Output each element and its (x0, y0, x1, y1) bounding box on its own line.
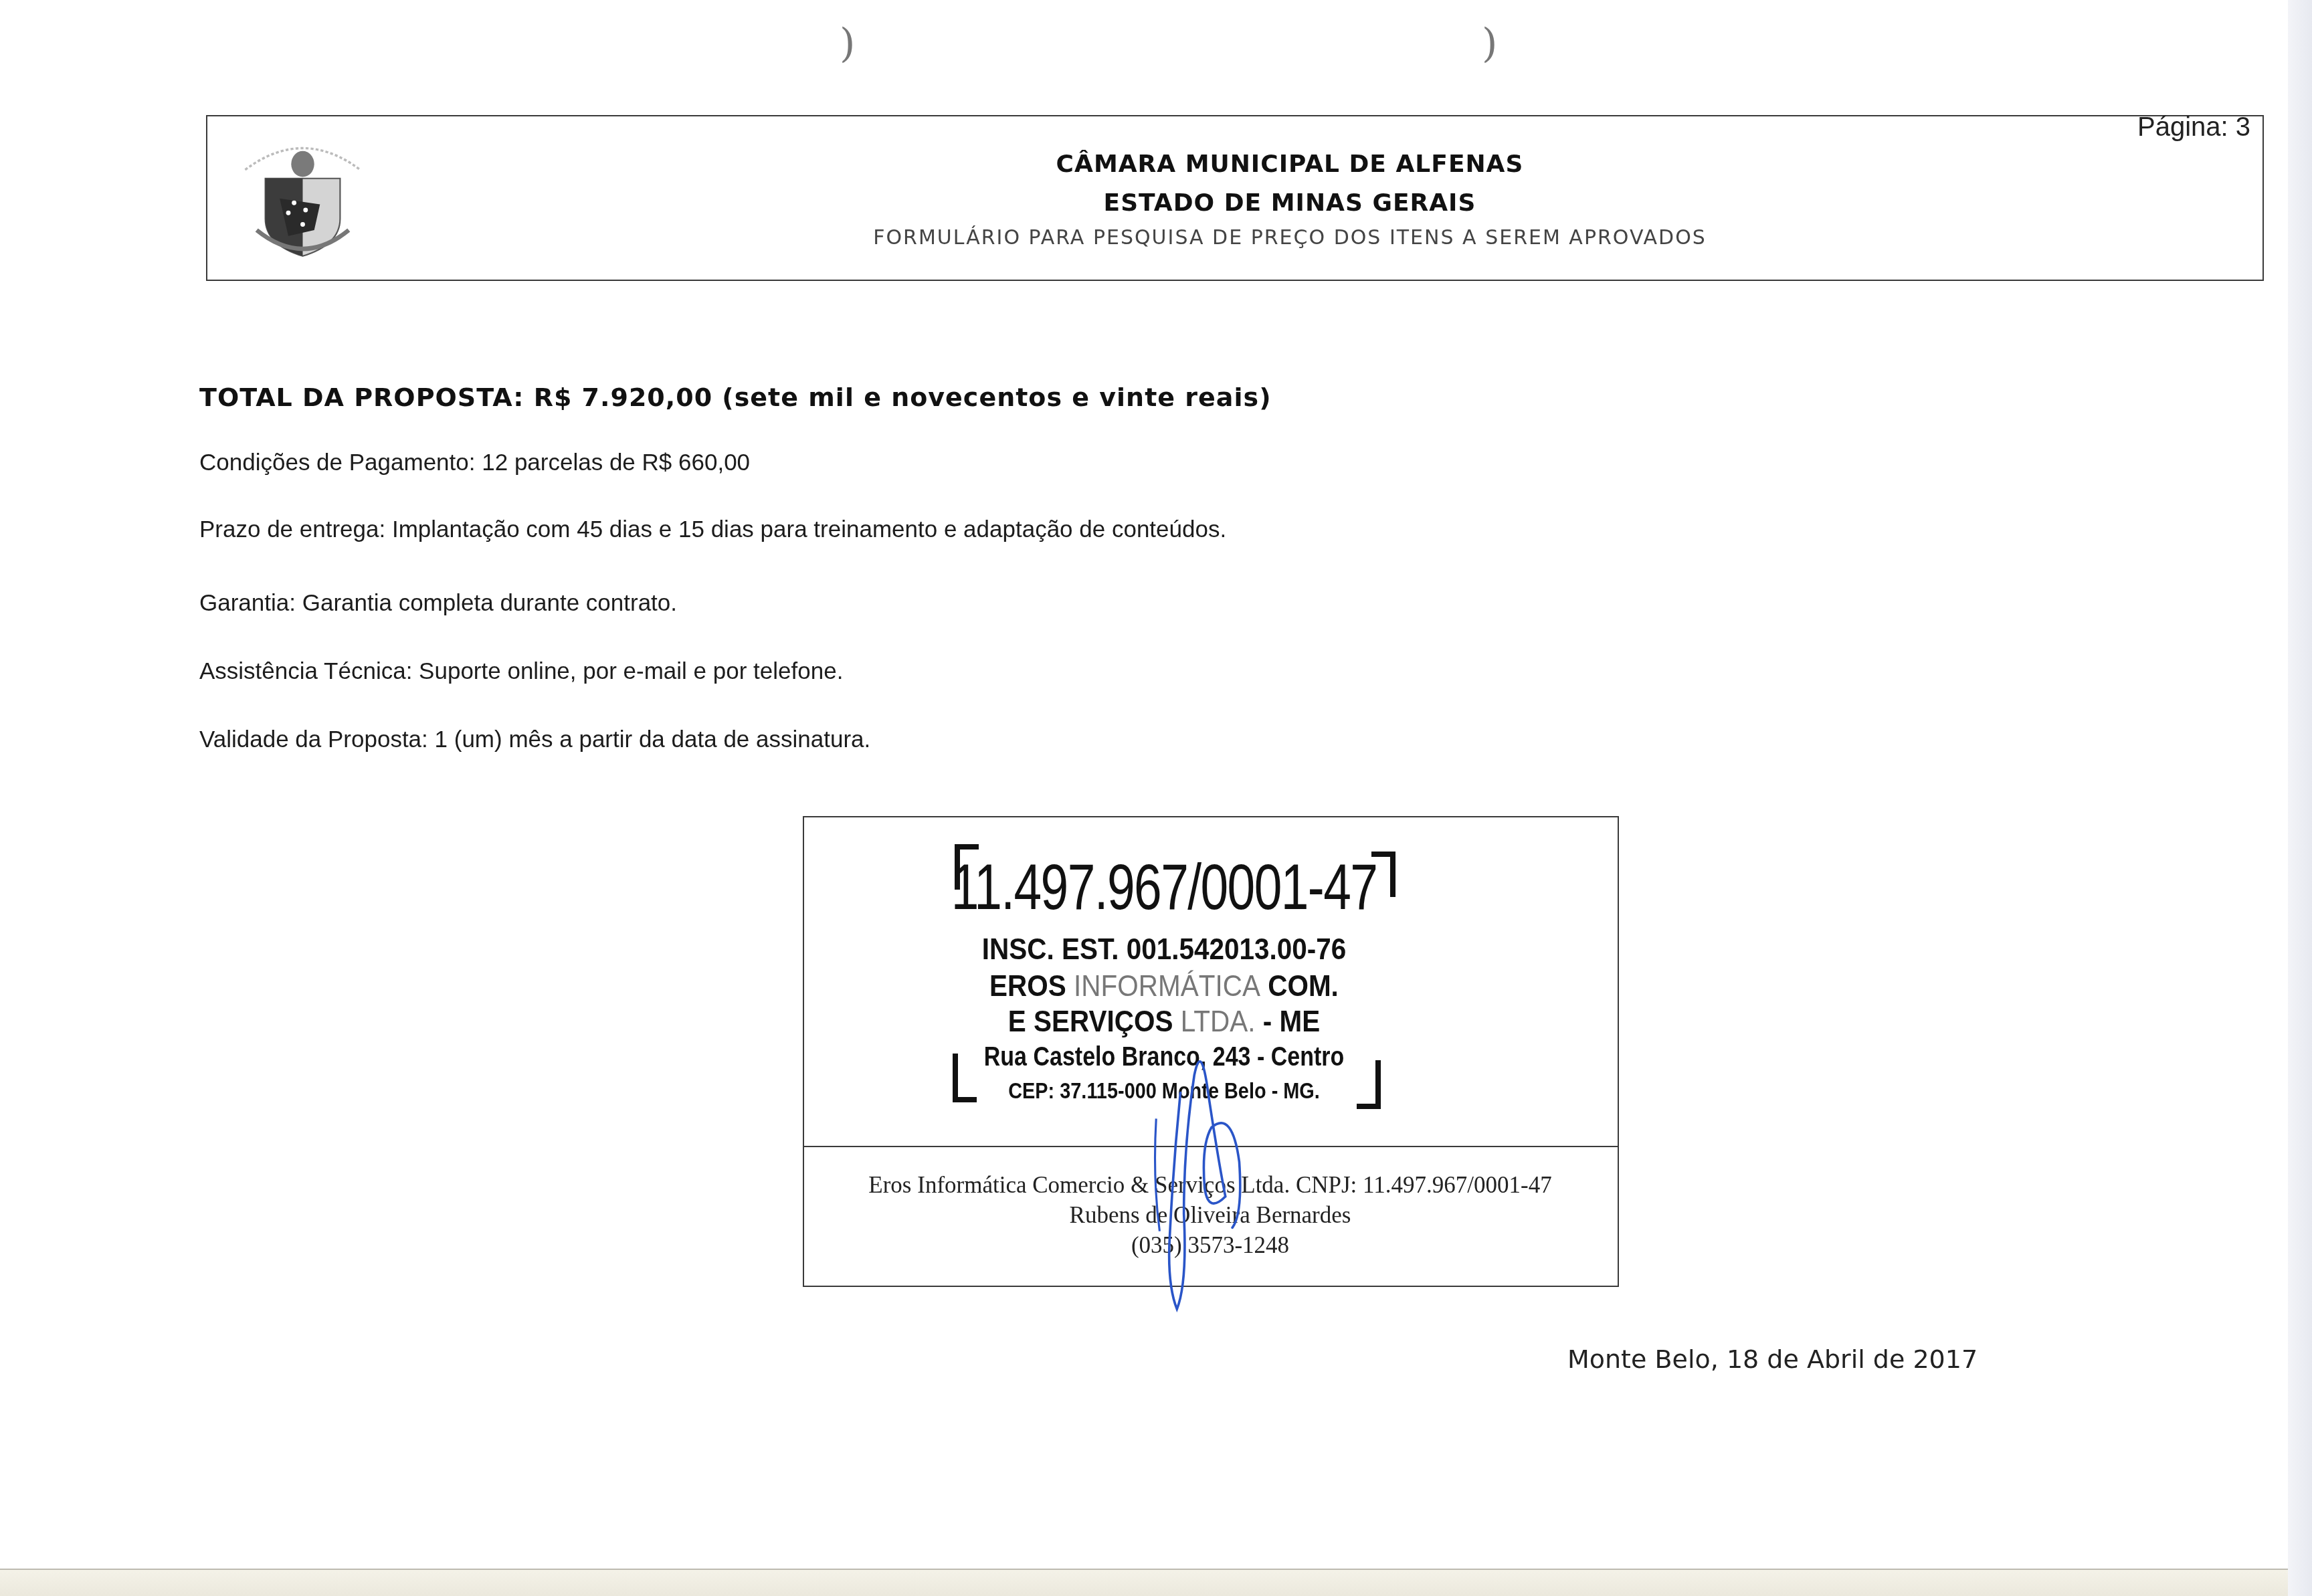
stamp-state-registration: INSC. EST. 001.542013.00-76 (862, 933, 1466, 967)
place-date: Monte Belo, 18 de Abril de 2017 (1567, 1344, 1978, 1374)
stamp-text: COM. (1260, 970, 1339, 1003)
payment-conditions: Condições de Pagamento: 12 parcelas de R… (199, 450, 750, 476)
warranty: Garantia: Garantia completa durante cont… (199, 590, 677, 617)
stamp-cnpj: 11.497.967/0001-47 (908, 851, 1420, 924)
proposal-total: TOTAL DA PROPOSTA: R$ 7.920,00 (sete mil… (199, 383, 1272, 412)
signature-icon (1104, 1023, 1278, 1318)
page-number: Página: 3 (2137, 112, 2250, 142)
punch-hole-mark: ) (1482, 20, 1497, 67)
proposal-validity: Validade da Proposta: 1 (um) mês a parti… (199, 726, 870, 753)
stamp-company-line1: EROS INFORMÁTICA COM. (862, 970, 1466, 1003)
delivery-term: Prazo de entrega: Implantação com 45 dia… (199, 516, 1226, 543)
header-title-1: CÂMARA MUNICIPAL DE ALFENAS (134, 151, 2312, 178)
technical-support: Assistência Técnica: Suporte online, por… (199, 658, 843, 685)
stamp-text: EROS (989, 970, 1074, 1003)
stamp-text-faded: INFORMÁTICA (1074, 970, 1260, 1003)
punch-hole-mark: ) (840, 20, 855, 67)
header-subtitle: FORMULÁRIO PARA PESQUISA DE PREÇO DOS IT… (134, 226, 2312, 250)
header-title-2: ESTADO DE MINAS GERAIS (134, 189, 2312, 217)
scan-edge-bottom (0, 1569, 2288, 1596)
